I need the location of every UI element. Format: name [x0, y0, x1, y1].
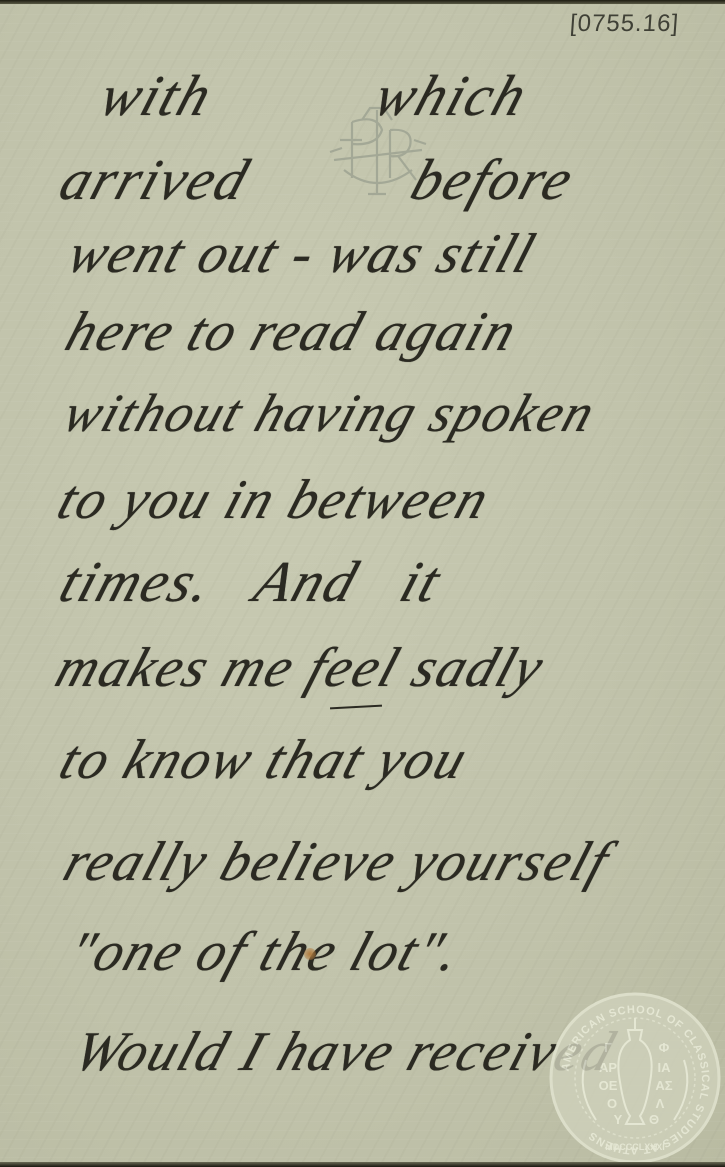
seal-letter: Υ — [614, 1112, 623, 1127]
underline-me — [330, 705, 382, 710]
scan-edge-bottom — [0, 1162, 725, 1167]
letter-line-9: to know that you — [52, 728, 477, 792]
seal-letter: ΟΕ — [599, 1078, 618, 1093]
school-seal-icon: AMERICAN SCHOOL OF CLASSICAL STUDIES AT … — [546, 990, 724, 1166]
letter-line-7: times. And it — [52, 548, 450, 615]
ink-stain — [304, 948, 316, 960]
archive-reference-label: [0755.16] — [569, 10, 680, 38]
letter-page: [0755.16] with which arrived before I we… — [0, 0, 725, 1167]
letter-line-3: went out - was still — [60, 222, 544, 286]
letter-line-8: makes me feel sadly — [48, 636, 553, 700]
seal-letter: Φ — [659, 1040, 670, 1055]
letter-line-5: without having spoken — [56, 382, 604, 444]
seal-letter: Γ — [604, 1040, 612, 1055]
seal-letter: Θ — [649, 1112, 659, 1127]
letter-line-11: "one of the lot". — [60, 920, 470, 984]
seal-letter: ΑΡ — [599, 1060, 617, 1075]
letter-line-4: here to read again — [58, 300, 526, 364]
letter-line-1: with which — [92, 62, 537, 129]
seal-letter: ΙΑ — [658, 1060, 672, 1075]
seal-letter: ΑΣ — [655, 1078, 672, 1093]
letter-line-2: arrived before I — [52, 146, 725, 213]
letter-line-10: really believe yourself — [56, 830, 618, 894]
scan-edge-top — [0, 0, 725, 4]
letter-line-6: to you in between — [50, 468, 498, 532]
seal-letter: Ο — [607, 1096, 617, 1111]
seal-year: MDCCCLXXXI — [605, 1142, 665, 1152]
letter-line-12: Would I have received — [66, 1020, 624, 1084]
seal-letter: Λ — [656, 1096, 665, 1111]
